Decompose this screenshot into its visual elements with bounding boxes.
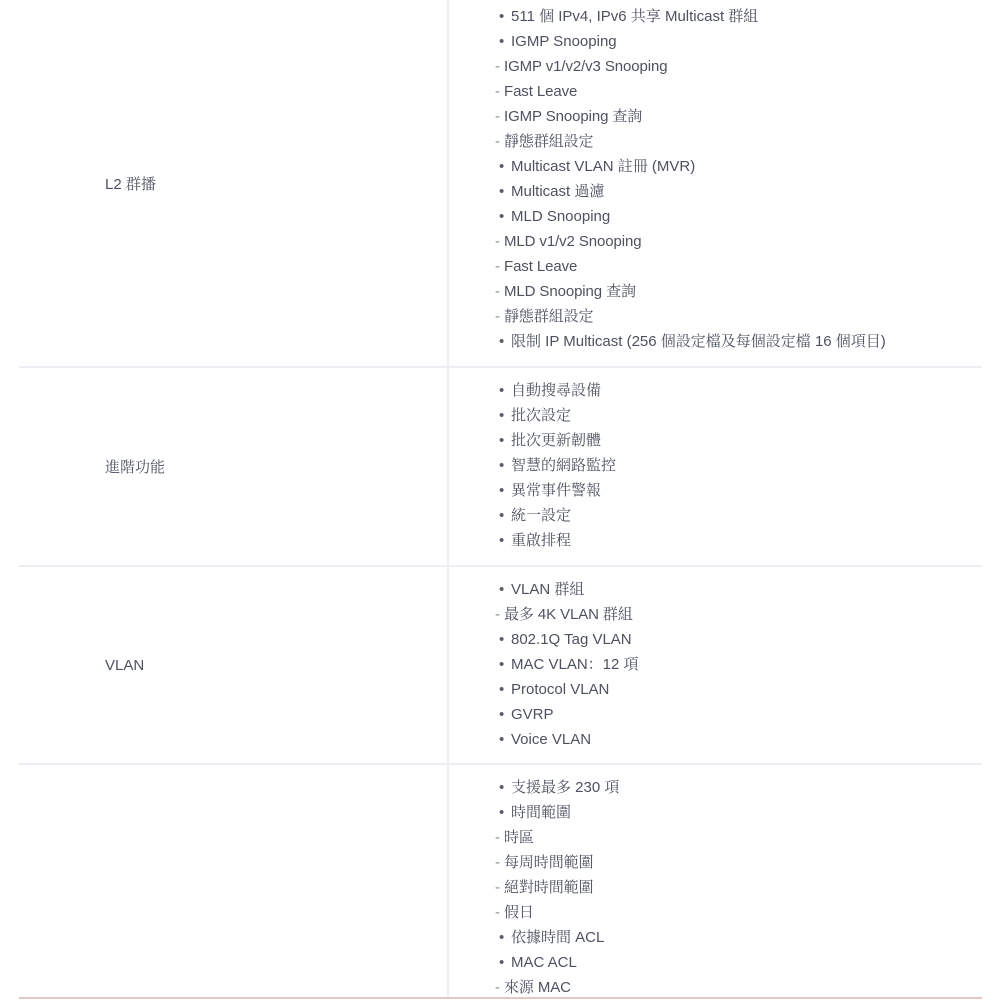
list-item: -靜態群組設定: [499, 304, 982, 329]
item-text: Fast Leave: [504, 83, 577, 100]
bullet-icon: •: [499, 378, 511, 403]
item-text: IGMP Snooping: [511, 33, 617, 50]
item-text: 每周時間範圍: [504, 854, 593, 871]
item-text: 時區: [504, 829, 534, 846]
list-item: -IGMP Snooping 查詢: [499, 104, 982, 129]
dash-icon: -: [495, 900, 504, 925]
spec-list: •511 個 IPv4, IPv6 共享 Multicast 群組 •IGMP …: [499, 4, 982, 354]
list-item: •MAC VLAN：12 項: [499, 652, 982, 677]
bullet-icon: •: [499, 775, 511, 800]
dash-icon: -: [495, 875, 504, 900]
dash-icon: -: [495, 602, 504, 627]
item-text: 異常事件警報: [511, 482, 601, 499]
spec-row-advanced-features: 進階功能 •自動搜尋設備 •批次設定 •批次更新韌體 •智慧的網路監控 •異常事…: [19, 368, 982, 567]
item-text: 511 個 IPv4, IPv6 共享 Multicast 群組: [511, 8, 758, 25]
item-text: Multicast VLAN 註冊 (MVR): [511, 158, 695, 175]
item-text: 時間範圍: [511, 804, 571, 821]
list-item: •重啟排程: [499, 528, 982, 553]
spec-table: L2 群播 •511 個 IPv4, IPv6 共享 Multicast 群組 …: [19, 0, 982, 999]
list-item: •自動搜尋設備: [499, 378, 982, 403]
bullet-icon: •: [499, 154, 511, 179]
list-item: -MLD v1/v2 Snooping: [499, 229, 982, 254]
item-text: 支援最多 230 項: [511, 779, 619, 796]
item-text: 來源 MAC: [504, 979, 571, 996]
list-item: -每周時間範圍: [499, 850, 982, 875]
item-text: Protocol VLAN: [511, 681, 609, 698]
spec-label: 進階功能: [19, 368, 449, 565]
list-item: -來源 MAC: [499, 975, 982, 997]
item-text: 自動搜尋設備: [511, 382, 601, 399]
bullet-icon: •: [499, 428, 511, 453]
spec-value: •支援最多 230 項 •時間範圍 -時區 -每周時間範圍 -絕對時間範圍 -假…: [449, 765, 982, 997]
dash-icon: -: [495, 850, 504, 875]
item-text: Voice VLAN: [511, 731, 591, 748]
spec-label: VLAN: [19, 567, 449, 763]
list-item: •MAC ACL: [499, 950, 982, 975]
list-item: •MLD Snooping: [499, 204, 982, 229]
dash-icon: -: [495, 825, 504, 850]
bullet-icon: •: [499, 925, 511, 950]
spec-value: •511 個 IPv4, IPv6 共享 Multicast 群組 •IGMP …: [449, 0, 982, 366]
item-text: MAC ACL: [511, 954, 577, 971]
list-item: •統一設定: [499, 503, 982, 528]
spec-list: •VLAN 群組 -最多 4K VLAN 群組 •802.1Q Tag VLAN…: [499, 577, 982, 752]
spec-row-l2-multicast: L2 群播 •511 個 IPv4, IPv6 共享 Multicast 群組 …: [19, 0, 982, 368]
item-text: 最多 4K VLAN 群組: [504, 606, 633, 623]
bullet-icon: •: [499, 503, 511, 528]
item-text: MLD Snooping: [511, 208, 610, 225]
dash-icon: -: [495, 129, 504, 154]
list-item: -IGMP v1/v2/v3 Snooping: [499, 54, 982, 79]
item-text: 重啟排程: [511, 532, 571, 549]
list-item: -MLD Snooping 查詢: [499, 279, 982, 304]
bullet-icon: •: [499, 800, 511, 825]
bullet-icon: •: [499, 528, 511, 553]
list-item: •VLAN 群組: [499, 577, 982, 602]
item-text: IGMP Snooping 查詢: [504, 108, 642, 125]
list-item: •時間範圍: [499, 800, 982, 825]
spec-row-vlan: VLAN •VLAN 群組 -最多 4K VLAN 群組 •802.1Q Tag…: [19, 567, 982, 765]
spec-label: [19, 765, 449, 997]
item-text: 限制 IP Multicast (256 個設定檔及每個設定檔 16 個項目): [511, 333, 886, 350]
spec-label: L2 群播: [19, 0, 449, 366]
list-item: •支援最多 230 項: [499, 775, 982, 800]
bullet-icon: •: [499, 677, 511, 702]
item-text: 絕對時間範圍: [504, 879, 593, 896]
bullet-icon: •: [499, 403, 511, 428]
list-item: •Voice VLAN: [499, 727, 982, 752]
item-text: VLAN 群組: [511, 581, 584, 598]
item-text: MAC VLAN：12 項: [511, 656, 639, 673]
bullet-icon: •: [499, 4, 511, 29]
item-text: IGMP v1/v2/v3 Snooping: [504, 58, 667, 75]
dash-icon: -: [495, 229, 504, 254]
list-item: -絕對時間範圍: [499, 875, 982, 900]
bullet-icon: •: [499, 627, 511, 652]
item-text: MLD Snooping 查詢: [504, 283, 636, 300]
list-item: •511 個 IPv4, IPv6 共享 Multicast 群組: [499, 4, 982, 29]
list-item: •Multicast VLAN 註冊 (MVR): [499, 154, 982, 179]
item-text: 靜態群組設定: [504, 133, 593, 150]
bullet-icon: •: [499, 950, 511, 975]
bullet-icon: •: [499, 329, 511, 354]
item-text: 靜態群組設定: [504, 308, 593, 325]
dash-icon: -: [495, 254, 504, 279]
item-text: 統一設定: [511, 507, 571, 524]
item-text: 智慧的網路監控: [511, 457, 616, 474]
list-item: •批次更新韌體: [499, 428, 982, 453]
item-text: 批次設定: [511, 407, 571, 424]
list-item: -Fast Leave: [499, 79, 982, 104]
spec-list: •支援最多 230 項 •時間範圍 -時區 -每周時間範圍 -絕對時間範圍 -假…: [499, 775, 982, 997]
bullet-icon: •: [499, 204, 511, 229]
item-text: MLD v1/v2 Snooping: [504, 233, 641, 250]
bullet-icon: •: [499, 652, 511, 677]
list-item: -最多 4K VLAN 群組: [499, 602, 982, 627]
list-item: •IGMP Snooping: [499, 29, 982, 54]
item-text: 依據時間 ACL: [511, 929, 604, 946]
list-item: •Protocol VLAN: [499, 677, 982, 702]
list-item: -時區: [499, 825, 982, 850]
spec-value: •自動搜尋設備 •批次設定 •批次更新韌體 •智慧的網路監控 •異常事件警報 •…: [449, 368, 982, 565]
dash-icon: -: [495, 104, 504, 129]
dash-icon: -: [495, 79, 504, 104]
list-item: •異常事件警報: [499, 478, 982, 503]
bullet-icon: •: [499, 727, 511, 752]
list-item: •智慧的網路監控: [499, 453, 982, 478]
item-text: Multicast 過濾: [511, 183, 604, 200]
bullet-icon: •: [499, 179, 511, 204]
dash-icon: -: [495, 54, 504, 79]
bullet-icon: •: [499, 478, 511, 503]
bullet-icon: •: [499, 29, 511, 54]
item-text: GVRP: [511, 706, 554, 723]
item-text: 批次更新韌體: [511, 432, 601, 449]
spec-list: •自動搜尋設備 •批次設定 •批次更新韌體 •智慧的網路監控 •異常事件警報 •…: [499, 378, 982, 553]
list-item: -Fast Leave: [499, 254, 982, 279]
spec-row-acl: •支援最多 230 項 •時間範圍 -時區 -每周時間範圍 -絕對時間範圍 -假…: [19, 765, 982, 999]
bullet-icon: •: [499, 702, 511, 727]
dash-icon: -: [495, 975, 504, 997]
list-item: •依據時間 ACL: [499, 925, 982, 950]
item-text: 802.1Q Tag VLAN: [511, 631, 632, 648]
dash-icon: -: [495, 279, 504, 304]
bullet-icon: •: [499, 577, 511, 602]
list-item: •GVRP: [499, 702, 982, 727]
list-item: •批次設定: [499, 403, 982, 428]
list-item: •限制 IP Multicast (256 個設定檔及每個設定檔 16 個項目): [499, 329, 982, 354]
bullet-icon: •: [499, 453, 511, 478]
list-item: -靜態群組設定: [499, 129, 982, 154]
item-text: 假日: [504, 904, 534, 921]
list-item: -假日: [499, 900, 982, 925]
list-item: •Multicast 過濾: [499, 179, 982, 204]
spec-value: •VLAN 群組 -最多 4K VLAN 群組 •802.1Q Tag VLAN…: [449, 567, 982, 763]
item-text: Fast Leave: [504, 258, 577, 275]
list-item: •802.1Q Tag VLAN: [499, 627, 982, 652]
dash-icon: -: [495, 304, 504, 329]
